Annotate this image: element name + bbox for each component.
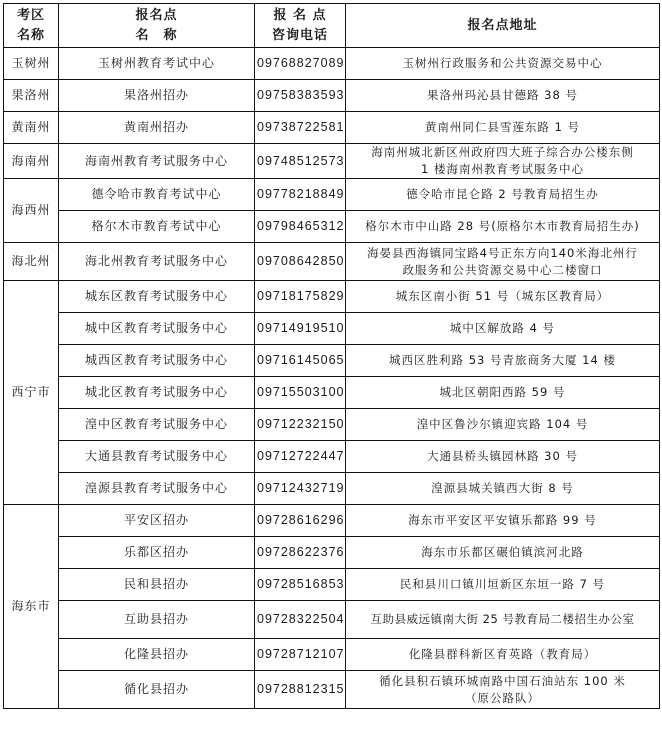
region-cell: 海南州	[4, 144, 59, 179]
address-cell: 玉树州行政服务和公共资源交易中心	[346, 48, 660, 80]
site-cell: 乐都区招办	[59, 537, 255, 569]
site-cell: 德令哈市教育考试中心	[59, 179, 255, 211]
table-row: 果洛州 果洛州招办 09758383593 果洛州玛沁县甘德路 38 号	[4, 80, 660, 112]
address-cell: 黄南州同仁县雪莲东路 1 号	[346, 112, 660, 144]
table-row: 海北州 海北州教育考试服务中心 09708642850 海晏县西海镇同宝路4号正…	[4, 243, 660, 281]
site-cell: 湟源县教育考试服务中心	[59, 473, 255, 505]
site-cell: 民和县招办	[59, 569, 255, 601]
table-row: 西宁市 城东区教育考试服务中心 09718175829 城东区南小街 51 号（…	[4, 281, 660, 313]
header-site: 报名点 名 称	[59, 4, 255, 48]
site-cell: 城东区教育考试服务中心	[59, 281, 255, 313]
table-row: 大通县教育考试服务中心 09712722447 大通县桥头镇园林路 30 号	[4, 441, 660, 473]
site-cell: 互助县招办	[59, 601, 255, 639]
site-cell: 黄南州招办	[59, 112, 255, 144]
table-row: 格尔木市教育考试中心 09798465312 格尔木市中山路 28 号(原格尔木…	[4, 211, 660, 243]
phone-cell: 09712722447	[255, 441, 346, 473]
site-cell: 格尔木市教育考试中心	[59, 211, 255, 243]
table-row: 黄南州 黄南州招办 09738722581 黄南州同仁县雪莲东路 1 号	[4, 112, 660, 144]
site-cell: 城西区教育考试服务中心	[59, 345, 255, 377]
address-cell: 城西区胜利路 53 号青旅商务大厦 14 楼	[346, 345, 660, 377]
header-region: 考区 名称	[4, 4, 59, 48]
header-address: 报名点地址	[346, 4, 660, 48]
address-cell: 湟中区鲁沙尔镇迎宾路 104 号	[346, 409, 660, 441]
phone-cell: 09748512573	[255, 144, 346, 179]
table-row: 海东市 平安区招办 09728616296 海东市平安区平安镇乐都路 99 号	[4, 505, 660, 537]
address-cell: 城北区朝阳西路 59 号	[346, 377, 660, 409]
phone-cell: 09738722581	[255, 112, 346, 144]
table-row: 民和县招办 09728516853 民和县川口镇川垣新区东垣一路 7 号	[4, 569, 660, 601]
registration-sites-table: 考区 名称 报名点 名 称 报 名 点 咨询电话 报名点地址 玉树州 玉树州教育…	[3, 3, 660, 709]
table-row: 城中区教育考试服务中心 09714919510 城中区解放路 4 号	[4, 313, 660, 345]
address-cell: 德令哈市昆仑路 2 号教育局招生办	[346, 179, 660, 211]
address-cell: 海晏县西海镇同宝路4号正东方向140米海北州行 政服务和公共资源交易中心二楼窗口	[346, 243, 660, 281]
table-row: 互助县招办 09728322504 互助县威远镇南大街 25 号教育局二楼招生办…	[4, 601, 660, 639]
address-cell: 湟源县城关镇西大街 8 号	[346, 473, 660, 505]
region-cell: 西宁市	[4, 281, 59, 505]
table-row: 城北区教育考试服务中心 09715503100 城北区朝阳西路 59 号	[4, 377, 660, 409]
phone-cell: 09728616296	[255, 505, 346, 537]
table-row: 乐都区招办 09728622376 海东市乐都区碾伯镇滨河北路	[4, 537, 660, 569]
phone-cell: 09708642850	[255, 243, 346, 281]
address-cell: 民和县川口镇川垣新区东垣一路 7 号	[346, 569, 660, 601]
region-cell: 海东市	[4, 505, 59, 709]
table-row: 化隆县招办 09728712107 化隆县群科新区育英路（教育局）	[4, 639, 660, 671]
site-cell: 湟中区教育考试服务中心	[59, 409, 255, 441]
site-cell: 城北区教育考试服务中心	[59, 377, 255, 409]
address-cell: 城东区南小街 51 号（城东区教育局）	[346, 281, 660, 313]
region-cell: 海北州	[4, 243, 59, 281]
phone-cell: 09712232150	[255, 409, 346, 441]
address-cell: 互助县威远镇南大街 25 号教育局二楼招生办公室	[346, 601, 660, 639]
site-cell: 果洛州招办	[59, 80, 255, 112]
site-cell: 平安区招办	[59, 505, 255, 537]
address-cell: 海南州城北新区州政府四大班子综合办公楼东侧 1 楼海南州教育考试服务中心	[346, 144, 660, 179]
address-cell: 海东市平安区平安镇乐都路 99 号	[346, 505, 660, 537]
table-row: 循化县招办 09728812315 循化县积石镇环城南路中国石油站东 100 米…	[4, 671, 660, 709]
header-row: 考区 名称 报名点 名 称 报 名 点 咨询电话 报名点地址	[4, 4, 660, 48]
address-cell: 海东市乐都区碾伯镇滨河北路	[346, 537, 660, 569]
address-cell: 大通县桥头镇园林路 30 号	[346, 441, 660, 473]
table-row: 海西州 德令哈市教育考试中心 09778218849 德令哈市昆仑路 2 号教育…	[4, 179, 660, 211]
header-phone: 报 名 点 咨询电话	[255, 4, 346, 48]
site-cell: 化隆县招办	[59, 639, 255, 671]
region-cell: 玉树州	[4, 48, 59, 80]
address-cell: 化隆县群科新区育英路（教育局）	[346, 639, 660, 671]
address-cell: 城中区解放路 4 号	[346, 313, 660, 345]
phone-cell: 09798465312	[255, 211, 346, 243]
phone-cell: 09715503100	[255, 377, 346, 409]
region-cell: 海西州	[4, 179, 59, 243]
phone-cell: 09728516853	[255, 569, 346, 601]
phone-cell: 09728322504	[255, 601, 346, 639]
address-cell: 果洛州玛沁县甘德路 38 号	[346, 80, 660, 112]
site-cell: 循化县招办	[59, 671, 255, 709]
table-row: 湟源县教育考试服务中心 09712432719 湟源县城关镇西大街 8 号	[4, 473, 660, 505]
phone-cell: 09728622376	[255, 537, 346, 569]
region-cell: 果洛州	[4, 80, 59, 112]
phone-cell: 09716145065	[255, 345, 346, 377]
phone-cell: 09714919510	[255, 313, 346, 345]
table-row: 湟中区教育考试服务中心 09712232150 湟中区鲁沙尔镇迎宾路 104 号	[4, 409, 660, 441]
phone-cell: 09718175829	[255, 281, 346, 313]
phone-cell: 09768827089	[255, 48, 346, 80]
site-cell: 海南州教育考试服务中心	[59, 144, 255, 179]
phone-cell: 09758383593	[255, 80, 346, 112]
site-cell: 海北州教育考试服务中心	[59, 243, 255, 281]
table-row: 城西区教育考试服务中心 09716145065 城西区胜利路 53 号青旅商务大…	[4, 345, 660, 377]
table-row: 玉树州 玉树州教育考试中心 09768827089 玉树州行政服务和公共资源交易…	[4, 48, 660, 80]
address-cell: 循化县积石镇环城南路中国石油站东 100 米 （原公路队）	[346, 671, 660, 709]
phone-cell: 09728812315	[255, 671, 346, 709]
site-cell: 城中区教育考试服务中心	[59, 313, 255, 345]
site-cell: 大通县教育考试服务中心	[59, 441, 255, 473]
region-cell: 黄南州	[4, 112, 59, 144]
address-cell: 格尔木市中山路 28 号(原格尔木市教育局招生办)	[346, 211, 660, 243]
site-cell: 玉树州教育考试中心	[59, 48, 255, 80]
phone-cell: 09712432719	[255, 473, 346, 505]
table-row: 海南州 海南州教育考试服务中心 09748512573 海南州城北新区州政府四大…	[4, 144, 660, 179]
phone-cell: 09728712107	[255, 639, 346, 671]
phone-cell: 09778218849	[255, 179, 346, 211]
